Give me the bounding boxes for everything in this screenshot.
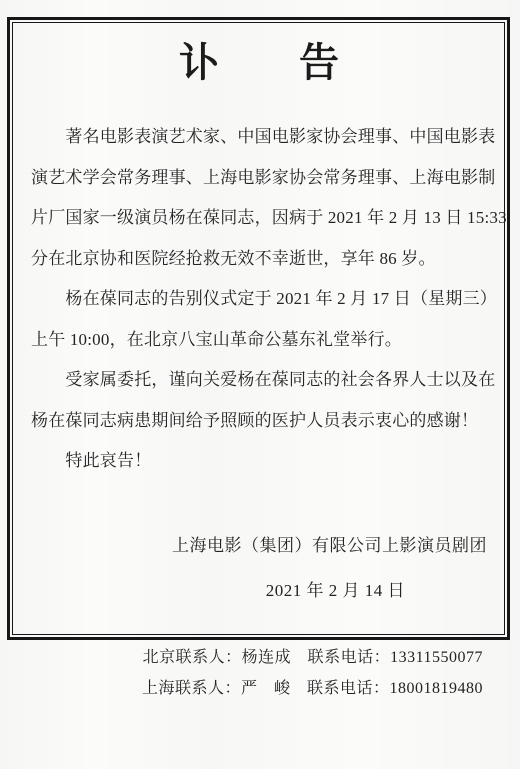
body-line: 分在北京协和医院经抢救无效不幸逝世，享年 86 岁。 xyxy=(31,239,487,280)
notice-border-box: 讣 告 著名电影表演艺术家、中国电影家协会理事、中国电影表 演艺术学会常务理事、… xyxy=(7,17,510,640)
signature-organization: 上海电影（集团）有限公司上影演员剧团 xyxy=(31,532,487,559)
notice-inner-box: 讣 告 著名电影表演艺术家、中国电影家协会理事、中国电影表 演艺术学会常务理事、… xyxy=(12,22,505,635)
body-line: 受家属委托，谨向关爱杨在葆同志的社会各界人士以及在 xyxy=(31,360,487,401)
body-line: 特此哀告！ xyxy=(31,441,487,482)
contact-line-beijing: 北京联系人：杨连成 联系电话：13311550077 xyxy=(0,643,483,674)
notice-date: 2021 年 2 月 14 日 xyxy=(31,577,405,604)
body-line: 上午 10:00，在北京八宝山革命公墓东礼堂举行。 xyxy=(31,320,487,361)
contact-line-shanghai: 上海联系人：严 峻 联系电话：18001819480 xyxy=(0,674,483,705)
body-line: 演艺术学会常务理事、上海电影家协会常务理事、上海电影制 xyxy=(31,158,487,199)
body-line: 著名电影表演艺术家、中国电影家协会理事、中国电影表 xyxy=(31,117,487,158)
body-line: 杨在葆同志的告别仪式定于 2021 年 2 月 17 日（星期三） xyxy=(31,279,487,320)
notice-body: 著名电影表演艺术家、中国电影家协会理事、中国电影表 演艺术学会常务理事、上海电影… xyxy=(31,117,487,482)
contact-section: 北京联系人：杨连成 联系电话：13311550077 上海联系人：严 峻 联系电… xyxy=(0,643,483,704)
obituary-notice-page: 讣 告 著名电影表演艺术家、中国电影家协会理事、中国电影表 演艺术学会常务理事、… xyxy=(0,0,520,769)
body-line: 片厂国家一级演员杨在葆同志，因病于 2021 年 2 月 13 日 15:33 xyxy=(31,198,487,239)
notice-title: 讣 告 xyxy=(31,40,487,86)
body-line: 杨在葆同志病患期间给予照顾的医护人员表示衷心的感谢！ xyxy=(31,401,487,442)
